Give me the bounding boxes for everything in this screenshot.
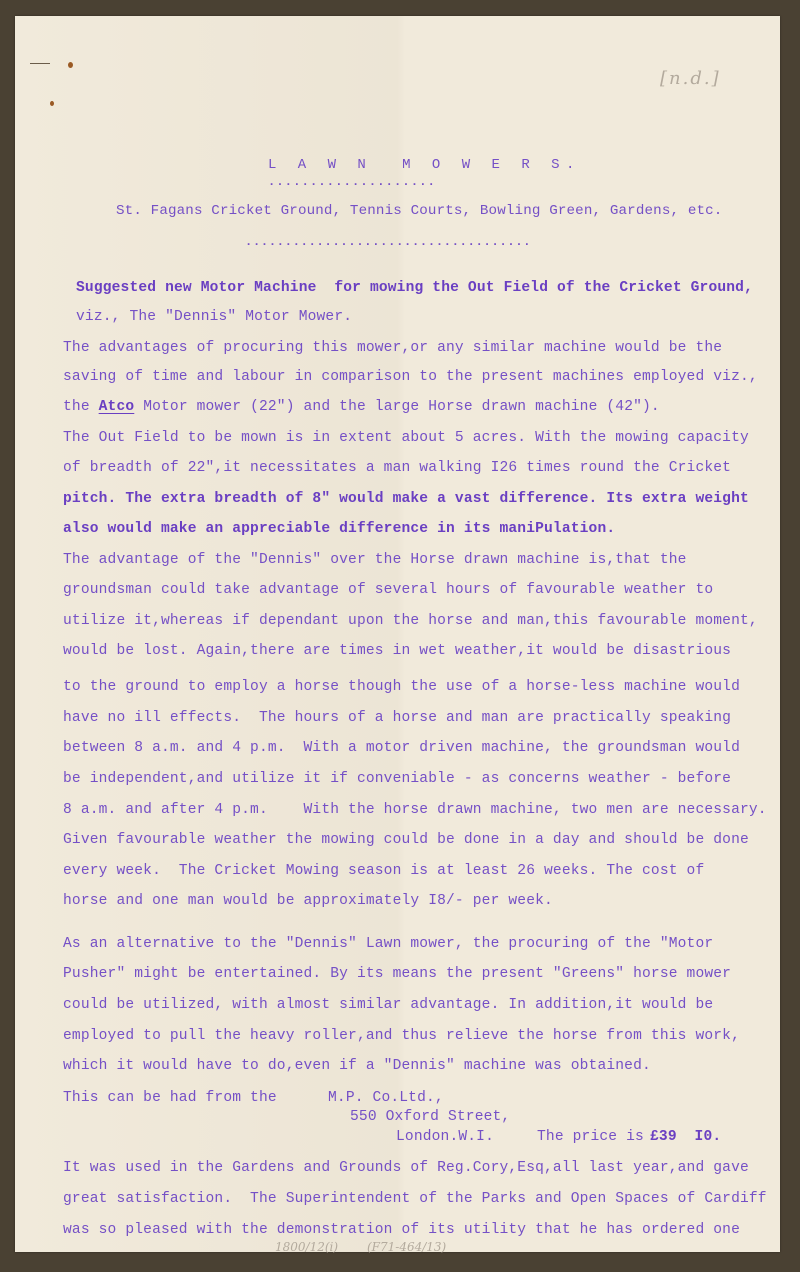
page-title: L A W N M O W E R S. (268, 158, 581, 172)
price-label: The price is (537, 1130, 644, 1145)
paragraph-4-line: As an alternative to the "Dennis" Lawn m… (63, 937, 713, 952)
paragraph-2-line: of breadth of 22",it necessitates a man … (63, 461, 731, 476)
paragraph-3-line: Given favourable weather the mowing coul… (63, 833, 749, 848)
paragraph-3-line: have no ill effects. The hours of a hors… (63, 711, 731, 726)
paragraph-4-line: could be utilized, with almost similar a… (63, 998, 713, 1013)
paragraph-2-line: The advantages of procuring this mower,o… (63, 341, 722, 356)
paragraph-3-line: every week. The Cricket Mowing season is… (63, 864, 704, 879)
subtitle-rule: .................................... (245, 236, 531, 248)
paragraph-1-line: Suggested new Motor Machine for mowing t… (76, 281, 753, 296)
archive-mark-undated: [n.d.] (660, 68, 721, 89)
subtitle: St. Fagans Cricket Ground, Tennis Courts… (116, 204, 722, 218)
supplier-city: London.W.I. (396, 1130, 494, 1145)
paragraph-5-line: was so pleased with the demonstration of… (63, 1223, 740, 1238)
paragraph-2-line: also would make an appreciable differenc… (63, 522, 615, 537)
rust-spot (68, 62, 73, 68)
paragraph-3-line: between 8 a.m. and 4 p.m. With a motor d… (63, 741, 740, 756)
paragraph-2-line: pitch. The extra breadth of 8" would mak… (63, 492, 749, 507)
paragraph-5-line: It was used in the Gardens and Grounds o… (63, 1161, 749, 1176)
supplier-street: 550 Oxford Street, (350, 1110, 510, 1125)
archive-reference-2: (F71-464/13) (367, 1240, 446, 1254)
margin-mark (30, 63, 50, 64)
paragraph-1-line: viz., The "Dennis" Motor Mower. (76, 310, 352, 325)
paragraph-3-line: The advantage of the "Dennis" over the H… (63, 553, 687, 568)
paragraph-3-line: utilize it,whereas if dependant upon the… (63, 614, 758, 629)
paragraph-3-line: 8 a.m. and after 4 p.m. With the horse d… (63, 803, 767, 818)
text: the (63, 399, 99, 415)
paragraph-5-line: great satisfaction. The Superintendent o… (63, 1192, 767, 1207)
paragraph-2-line: saving of time and labour in comparison … (63, 370, 758, 385)
text: Motor mower (22") and the large Horse dr… (134, 399, 660, 415)
title-rule: .................... (268, 176, 436, 188)
paragraph-4-line: employed to pull the heavy roller,and th… (63, 1029, 740, 1044)
paragraph-4-line: which it would have to do,even if a "Den… (63, 1059, 651, 1074)
paragraph-3-line: horse and one man would be approximately… (63, 894, 553, 909)
paragraph-2-line: the Atco Motor mower (22") and the large… (63, 400, 660, 415)
price-value: £39 I0. (650, 1130, 721, 1145)
rust-spot (50, 101, 54, 106)
paragraph-3-line: to the ground to employ a horse though t… (63, 680, 740, 695)
archive-reference-1: 1800/12(i) (275, 1240, 338, 1254)
underlined-atco: Atco (99, 399, 135, 415)
paragraph-3-line: be independent,and utilize it if conveni… (63, 772, 731, 787)
supplier-intro: This can be had from the (63, 1091, 277, 1106)
supplier-name: M.P. Co.Ltd., (328, 1091, 444, 1106)
paragraph-2-line: The Out Field to be mown is in extent ab… (63, 431, 749, 446)
paragraph-4-line: Pusher" might be entertained. By its mea… (63, 967, 731, 982)
paragraph-3-line: groundsman could take advantage of sever… (63, 583, 713, 598)
paragraph-3-line: would be lost. Again,there are times in … (63, 644, 731, 659)
